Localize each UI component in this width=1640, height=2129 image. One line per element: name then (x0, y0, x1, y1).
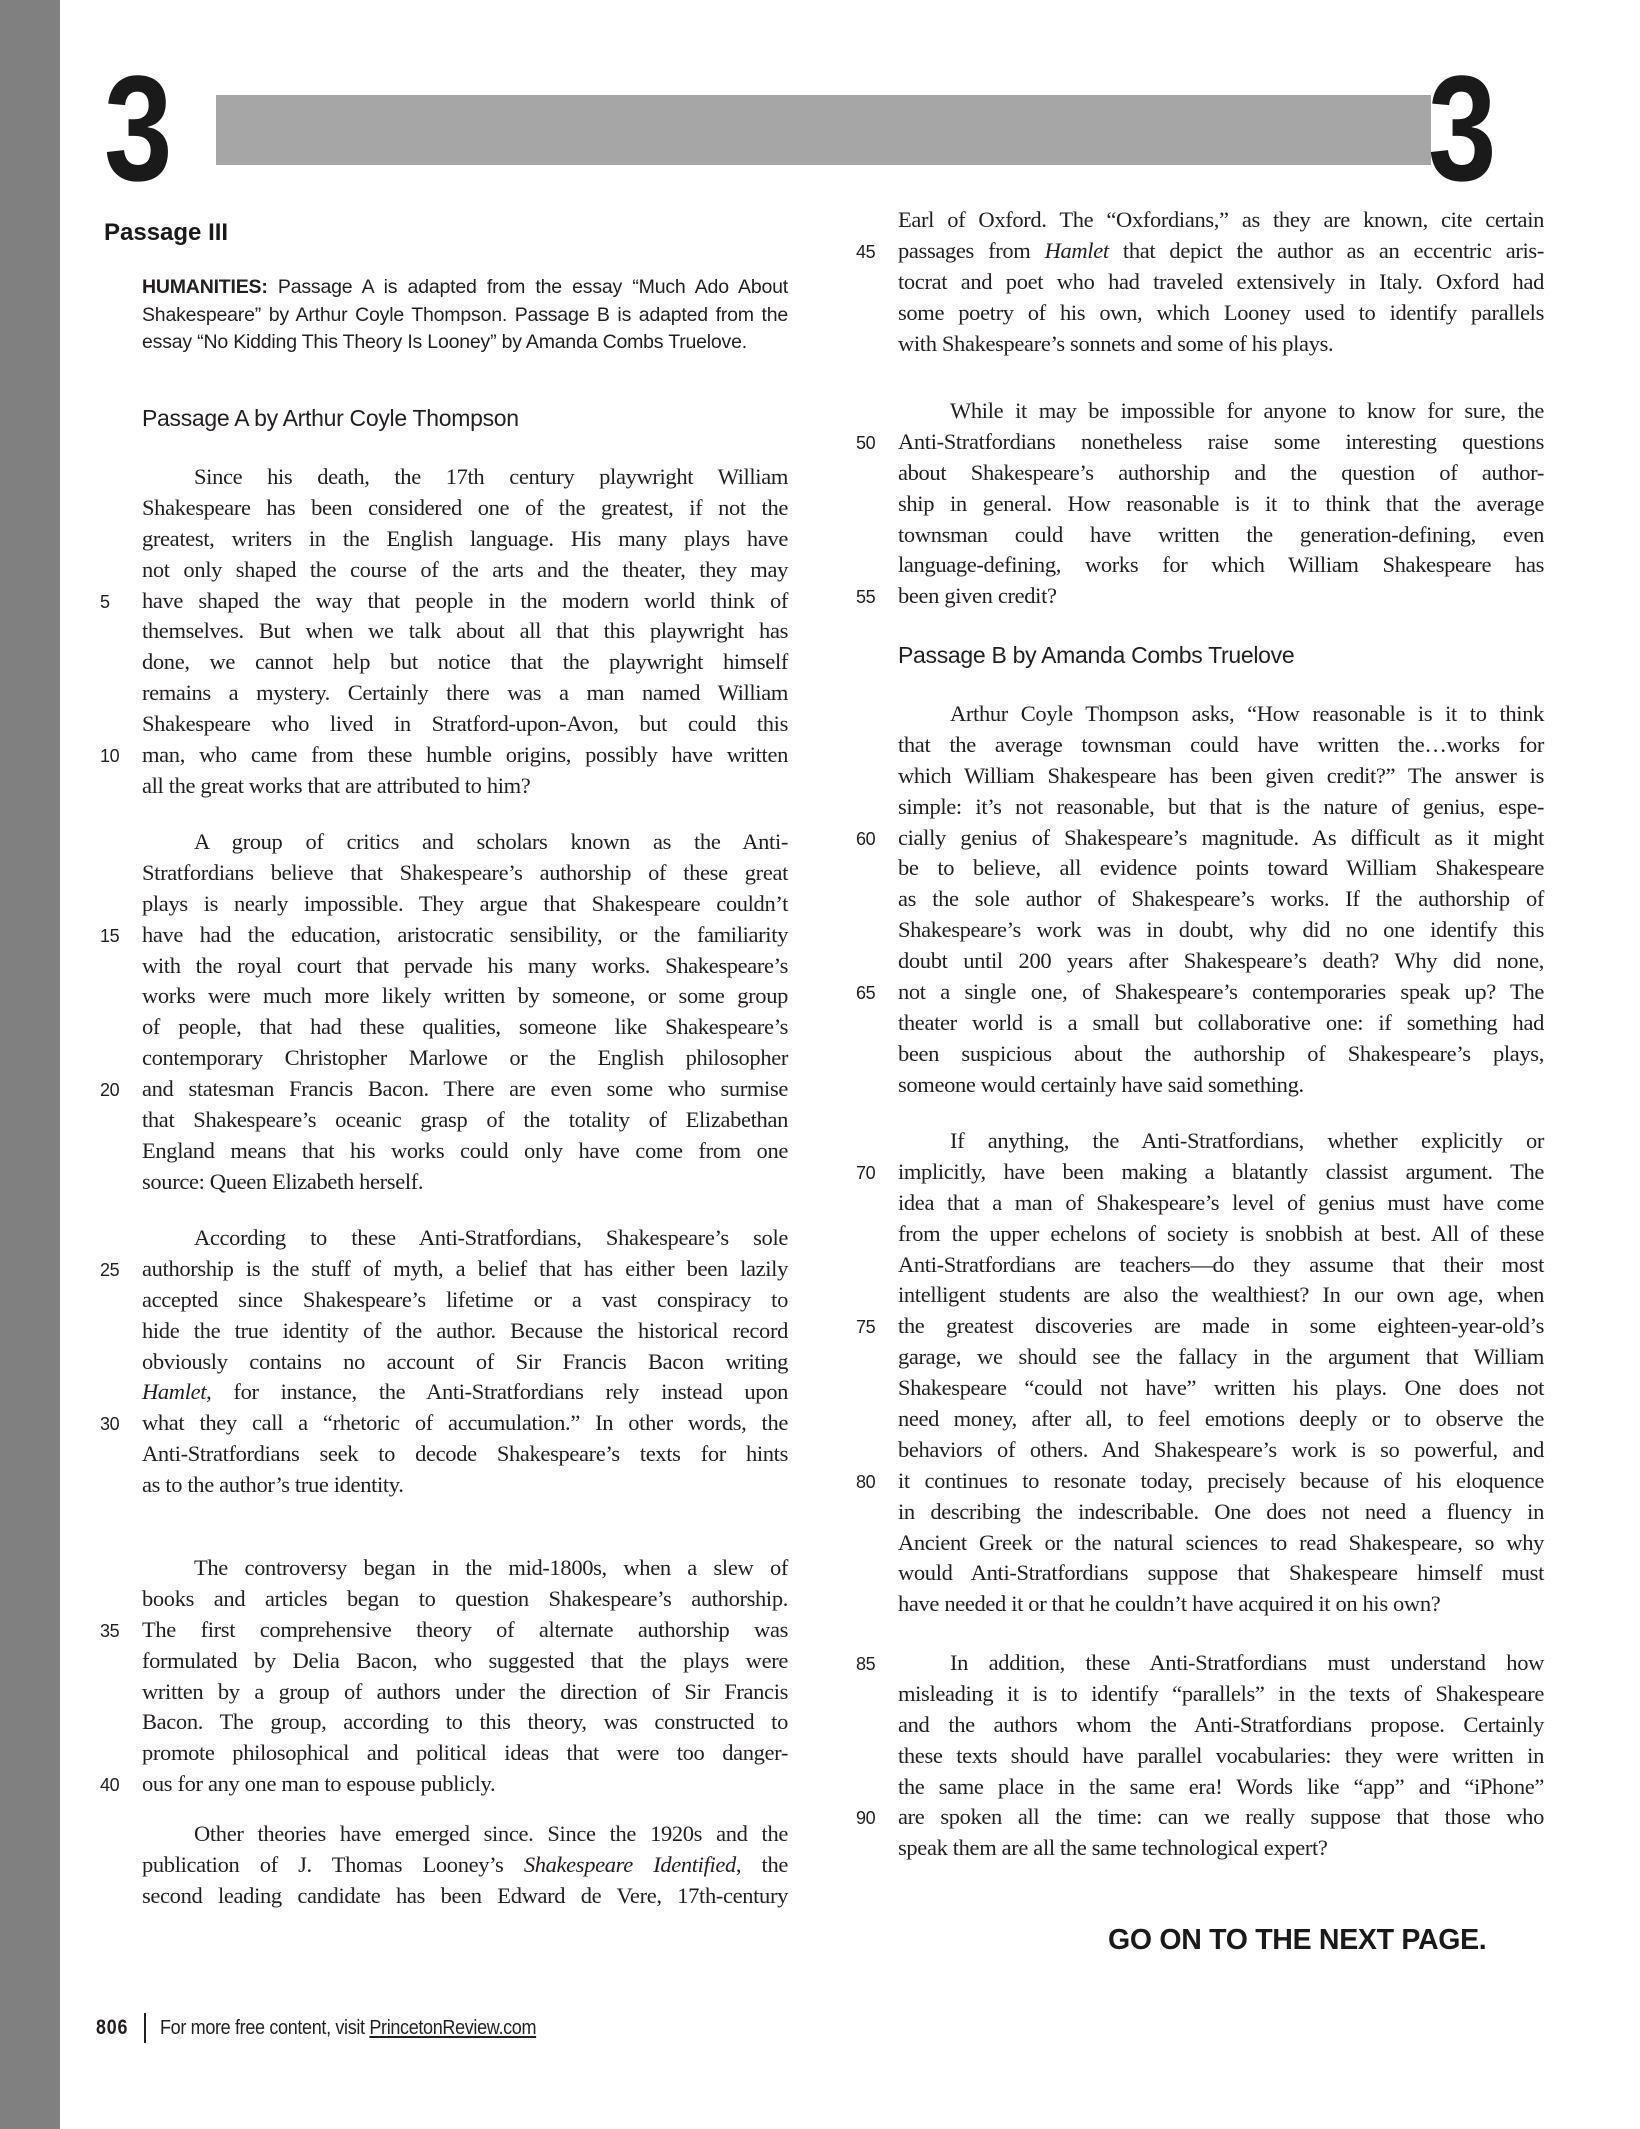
passage-b-paragraph: Arthur Coyle Thompson asks, “How reasona… (898, 699, 1544, 1101)
passage-line: 80it continues to resonate today, precis… (898, 1466, 1544, 1497)
passage-a-paragraph: A group of critics and scholars known as… (142, 827, 788, 1198)
line-text-tail: , the (736, 1852, 788, 1877)
line-number: 55 (856, 582, 888, 613)
line-text: and the authors whom the Anti-Stratfordi… (898, 1712, 1544, 1737)
passage-line: Shakespeare has been considered one of t… (142, 493, 788, 524)
line-text: done, we cannot help but notice that the… (142, 649, 788, 674)
line-text: , for instance, the Anti-Stratfordians r… (206, 1379, 788, 1404)
passage-line: obviously contains no account of Sir Fra… (142, 1347, 788, 1378)
line-text: with the royal court that pervade his ma… (142, 953, 788, 978)
passage-line: would Anti-Stratfordians suppose that Sh… (898, 1558, 1544, 1589)
line-text: Stratfordians believe that Shakespeare’s… (142, 860, 788, 885)
passage-a-byline: Passage A by Arthur Coyle Thompson (142, 405, 519, 432)
passage-line: remains a mystery. Certainly there was a… (142, 678, 788, 709)
line-text: themselves. But when we talk about all t… (142, 618, 788, 643)
line-text: A group of critics and scholars known as… (194, 829, 788, 854)
line-text: The controversy began in the mid-1800s, … (194, 1555, 788, 1580)
passage-line: doubt until 200 years after Shakespeare’… (898, 946, 1544, 977)
passage-line: speak them are all the same technologica… (898, 1833, 1544, 1864)
line-text: source: Queen Elizabeth herself. (142, 1169, 423, 1194)
line-text: written by a group of authors under the … (142, 1679, 788, 1704)
passage-line: 35The first comprehensive theory of alte… (142, 1615, 788, 1646)
passage-line: Shakespeare’s work was in doubt, why did… (898, 915, 1544, 946)
passage-line: Bacon. The group, according to this theo… (142, 1707, 788, 1738)
line-text: the same place in the same era! Words li… (898, 1774, 1544, 1799)
line-text: and statesman Francis Bacon. There are e… (142, 1076, 788, 1101)
passage-line: and the authors whom the Anti-Stratfordi… (898, 1710, 1544, 1741)
passage-intro: HUMANITIES: Passage A is adapted from th… (142, 274, 788, 357)
passage-line: townsman could have written the generati… (898, 520, 1544, 551)
passage-line: 85In addition, these Anti-Stratfordians … (898, 1648, 1544, 1679)
line-text: promote philosophical and political idea… (142, 1740, 788, 1765)
passage-line: accepted since Shakespeare’s lifetime or… (142, 1285, 788, 1316)
passage-line: Since his death, the 17th century playwr… (142, 462, 788, 493)
passage-line: about Shakespeare’s authorship and the q… (898, 458, 1544, 489)
passage-line: greatest, writers in the English languag… (142, 524, 788, 555)
line-text: The first comprehensive theory of altern… (142, 1617, 788, 1642)
line-text: all the great works that are attributed … (142, 773, 530, 798)
passage-line: written by a group of authors under the … (142, 1677, 788, 1708)
line-text: In addition, these Anti-Stratfordians mu… (950, 1650, 1544, 1675)
passage-line: 90are spoken all the time: can we really… (898, 1802, 1544, 1833)
line-text: tocrat and poet who had traveled extensi… (898, 269, 1544, 294)
passage-line: with Shakespeare’s sonnets and some of h… (898, 329, 1544, 360)
line-text: Shakespeare “could not have” written his… (898, 1375, 1544, 1400)
line-text: from the upper echelons of society is sn… (898, 1221, 1544, 1246)
line-text: hide the true identity of the author. Be… (142, 1318, 788, 1343)
passage-line: been suspicious about the authorship of … (898, 1039, 1544, 1070)
line-text: remains a mystery. Certainly there was a… (142, 680, 788, 705)
passage-line: While it may be impossible for anyone to… (898, 396, 1544, 427)
passage-line: Shakespeare who lived in Stratford-upon-… (142, 709, 788, 740)
passage-line: Arthur Coyle Thompson asks, “How reasona… (898, 699, 1544, 730)
passage-b-byline: Passage B by Amanda Combs Truelove (898, 642, 1294, 669)
line-text: someone would certainly have said someth… (898, 1072, 1304, 1097)
passage-line: 70implicitly, have been making a blatant… (898, 1157, 1544, 1188)
passage-line: books and articles began to question Sha… (142, 1584, 788, 1615)
line-text: implicitly, have been making a blatantly… (898, 1159, 1544, 1184)
line-text: garage, we should see the fallacy in the… (898, 1344, 1544, 1369)
line-text: Other theories have emerged since. Since… (194, 1821, 788, 1846)
passage-a-paragraph: Since his death, the 17th century playwr… (142, 462, 788, 802)
line-text: If anything, the Anti-Stratfordians, whe… (950, 1128, 1544, 1153)
passage-line: someone would certainly have said someth… (898, 1070, 1544, 1101)
line-number: 65 (856, 978, 888, 1009)
passage-line: ship in general. How reasonable is it to… (898, 489, 1544, 520)
line-text: publication of J. Thomas Looney’s (142, 1852, 524, 1877)
line-text: theater world is a small but collaborati… (898, 1010, 1544, 1035)
line-text: While it may be impossible for anyone to… (950, 398, 1544, 423)
line-number: 15 (100, 921, 132, 952)
line-text: Ancient Greek or the natural sciences to… (898, 1530, 1544, 1555)
line-number: 20 (100, 1075, 132, 1106)
line-text: behaviors of others. And Shakespeare’s w… (898, 1437, 1544, 1462)
line-number: 85 (856, 1649, 888, 1680)
line-number: 25 (100, 1255, 132, 1286)
passage-a-paragraph: The controversy began in the mid-1800s, … (142, 1553, 788, 1800)
passage-line: 40ous for any one man to espouse publicl… (142, 1769, 788, 1800)
passage-line: of people, that had these qualities, som… (142, 1012, 788, 1043)
line-text: According to these Anti-Stratfordians, S… (194, 1225, 788, 1250)
passage-line: that Shakespeare’s oceanic grasp of the … (142, 1105, 788, 1136)
passage-line: intelligent students are also the wealth… (898, 1280, 1544, 1311)
header-bar (216, 95, 1431, 165)
promo-label: For more free content, visit (160, 2016, 369, 2039)
line-text: Shakespeare who lived in Stratford-upon-… (142, 711, 788, 736)
passage-line: that the average townsman could have wri… (898, 730, 1544, 761)
passage-line: 65not a single one, of Shakespeare’s con… (898, 977, 1544, 1008)
line-text: as the sole author of Shakespeare’s work… (898, 886, 1544, 911)
passage-line: misleading it is to identify “parallels”… (898, 1679, 1544, 1710)
line-text: intelligent students are also the wealth… (898, 1282, 1544, 1307)
passage-line: 55been given credit? (898, 581, 1544, 612)
passage-line: garage, we should see the fallacy in the… (898, 1342, 1544, 1373)
passage-line: formulated by Delia Bacon, who suggested… (142, 1646, 788, 1677)
line-text: Earl of Oxford. The “Oxfordians,” as the… (898, 207, 1544, 232)
line-text: misleading it is to identify “parallels”… (898, 1681, 1544, 1706)
line-text: idea that a man of Shakespeare’s level o… (898, 1190, 1544, 1215)
passage-line: with the royal court that pervade his ma… (142, 951, 788, 982)
passage-line: The controversy began in the mid-1800s, … (142, 1553, 788, 1584)
passage-line: Stratfordians believe that Shakespeare’s… (142, 858, 788, 889)
passage-line: plays is nearly impossible. They argue t… (142, 889, 788, 920)
line-text: doubt until 200 years after Shakespeare’… (898, 948, 1544, 973)
page-footer: 806 For more free content, visit Princet… (96, 2012, 587, 2044)
italic-title: Hamlet (142, 1379, 206, 1404)
line-text: contemporary Christopher Marlowe or the … (142, 1045, 788, 1070)
passage-line: source: Queen Elizabeth herself. (142, 1167, 788, 1198)
passage-line: works were much more likely written by s… (142, 981, 788, 1012)
line-text: greatest, writers in the English languag… (142, 526, 788, 551)
line-text: have had the education, aristocratic sen… (142, 922, 788, 947)
passage-line: simple: it’s not reasonable, but that is… (898, 792, 1544, 823)
line-text: England means that his works could only … (142, 1138, 788, 1163)
line-text: Anti-Stratfordians are teachers—do they … (898, 1252, 1544, 1277)
line-text: not only shaped the course of the arts a… (142, 557, 788, 582)
line-number: 5 (100, 587, 132, 618)
passage-line: idea that a man of Shakespeare’s level o… (898, 1188, 1544, 1219)
line-text: are spoken all the time: can we really s… (898, 1804, 1544, 1829)
line-number: 75 (856, 1312, 888, 1343)
line-text: passages from (898, 238, 1045, 263)
passage-line: be to believe, all evidence points towar… (898, 853, 1544, 884)
passage-line: in describing the indescribable. One doe… (898, 1497, 1544, 1528)
line-text: been given credit? (898, 583, 1057, 608)
left-margin-bar (0, 0, 60, 2129)
passage-line: second leading candidate has been Edward… (142, 1881, 788, 1912)
line-number: 70 (856, 1158, 888, 1189)
line-text: Since his death, the 17th century playwr… (194, 464, 788, 489)
line-number: 10 (100, 741, 132, 772)
passage-line: these texts should have parallel vocabul… (898, 1741, 1544, 1772)
passage-line: Other theories have emerged since. Since… (142, 1819, 788, 1850)
line-number: 30 (100, 1409, 132, 1440)
line-number: 35 (100, 1616, 132, 1647)
passage-line: Ancient Greek or the natural sciences to… (898, 1528, 1544, 1559)
line-text: it continues to resonate today, precisel… (898, 1468, 1544, 1493)
line-text: Anti-Stratfordians nonetheless raise som… (898, 429, 1544, 454)
passage-line: If anything, the Anti-Stratfordians, whe… (898, 1126, 1544, 1157)
line-text-tail: that depict the author as an eccentric a… (1109, 238, 1544, 263)
line-text: ship in general. How reasonable is it to… (898, 491, 1544, 516)
line-text: not a single one, of Shakespeare’s conte… (898, 979, 1544, 1004)
passage-line: Anti-Stratfordians seek to decode Shakes… (142, 1439, 788, 1470)
passage-line: tocrat and poet who had traveled extensi… (898, 267, 1544, 298)
line-text: be to believe, all evidence points towar… (898, 855, 1544, 880)
intro-lead: HUMANITIES: (142, 276, 268, 298)
line-text: second leading candidate has been Edward… (142, 1883, 788, 1908)
passage-line: 50Anti-Stratfordians nonetheless raise s… (898, 427, 1544, 458)
line-text: obviously contains no account of Sir Fra… (142, 1349, 788, 1374)
line-text: accepted since Shakespeare’s lifetime or… (142, 1287, 788, 1312)
passage-line: Anti-Stratfordians are teachers—do they … (898, 1250, 1544, 1281)
line-text: as to the author’s true identity. (142, 1472, 404, 1497)
line-text: authorship is the stuff of myth, a belie… (142, 1256, 788, 1281)
line-text: these texts should have parallel vocabul… (898, 1743, 1544, 1768)
passage-line: 60cially genius of Shakespeare’s magnitu… (898, 823, 1544, 854)
passage-line: which William Shakespeare has been given… (898, 761, 1544, 792)
line-text: of people, that had these qualities, som… (142, 1014, 788, 1039)
passage-a-paragraph-continued: Earl of Oxford. The “Oxfordians,” as the… (898, 205, 1544, 359)
passage-line: publication of J. Thomas Looney’s Shakes… (142, 1850, 788, 1881)
line-text: ous for any one man to espouse publicly. (142, 1771, 495, 1796)
line-text: Shakespeare has been considered one of t… (142, 495, 788, 520)
passage-line: Hamlet, for instance, the Anti-Stratford… (142, 1377, 788, 1408)
passage-line: A group of critics and scholars known as… (142, 827, 788, 858)
passage-a-paragraph: Other theories have emerged since. Since… (142, 1819, 788, 1912)
passage-line: hide the true identity of the author. Be… (142, 1316, 788, 1347)
line-text: some poetry of his own, which Looney use… (898, 300, 1544, 325)
line-text: what they call a “rhetoric of accumulati… (142, 1410, 788, 1435)
line-text: books and articles began to question Sha… (142, 1586, 788, 1611)
passage-line: 75the greatest discoveries are made in s… (898, 1311, 1544, 1342)
line-text: townsman could have written the generati… (898, 522, 1544, 547)
passage-title: Passage III (104, 219, 228, 247)
line-text: in describing the indescribable. One doe… (898, 1499, 1544, 1524)
line-number: 40 (100, 1770, 132, 1801)
section-number-right: 3 (1428, 58, 1496, 198)
footer-divider (144, 2013, 146, 2043)
passage-line: 15have had the education, aristocratic s… (142, 920, 788, 951)
line-text: with Shakespeare’s sonnets and some of h… (898, 331, 1333, 356)
passage-line: done, we cannot help but notice that the… (142, 647, 788, 678)
passage-line: all the great works that are attributed … (142, 771, 788, 802)
italic-title: Hamlet (1045, 238, 1109, 263)
passage-line: promote philosophical and political idea… (142, 1738, 788, 1769)
line-text: plays is nearly impossible. They argue t… (142, 891, 788, 916)
line-number: 45 (856, 237, 888, 268)
passage-b-paragraph: 85In addition, these Anti-Stratfordians … (898, 1648, 1544, 1864)
line-text: have needed it or that he couldn’t have … (898, 1591, 1440, 1616)
line-text: need money, after all, to feel emotions … (898, 1406, 1544, 1431)
passage-line: England means that his works could only … (142, 1136, 788, 1167)
line-text: would Anti-Stratfordians suppose that Sh… (898, 1560, 1544, 1585)
line-text: which William Shakespeare has been given… (898, 763, 1544, 788)
passage-line: as to the author’s true identity. (142, 1470, 788, 1501)
passage-a-paragraph: According to these Anti-Stratfordians, S… (142, 1223, 788, 1501)
passage-line: Earl of Oxford. The “Oxfordians,” as the… (898, 205, 1544, 236)
promo-text: For more free content, visit PrincetonRe… (160, 2016, 536, 2040)
passage-b-paragraph: If anything, the Anti-Stratfordians, whe… (898, 1126, 1544, 1620)
line-number: 90 (856, 1803, 888, 1834)
line-text: language-defining, works for which Willi… (898, 552, 1544, 577)
passage-line: as the sole author of Shakespeare’s work… (898, 884, 1544, 915)
line-text: speak them are all the same technologica… (898, 1835, 1328, 1860)
page-number: 806 (96, 2016, 128, 2040)
passage-line: 25authorship is the stuff of myth, a bel… (142, 1254, 788, 1285)
line-text: formulated by Delia Bacon, who suggested… (142, 1648, 788, 1673)
line-text: cially genius of Shakespeare’s magnitude… (898, 825, 1544, 850)
passage-line: some poetry of his own, which Looney use… (898, 298, 1544, 329)
line-text: been suspicious about the authorship of … (898, 1041, 1544, 1066)
go-on-next-page: GO ON TO THE NEXT PAGE. (1108, 1924, 1486, 1957)
line-text: about Shakespeare’s authorship and the q… (898, 460, 1544, 485)
passage-line: have needed it or that he couldn’t have … (898, 1589, 1544, 1620)
line-text: Bacon. The group, according to this theo… (142, 1709, 788, 1734)
section-number-left: 3 (104, 58, 172, 198)
passage-line: 10man, who came from these humble origin… (142, 740, 788, 771)
passage-line: language-defining, works for which Willi… (898, 550, 1544, 581)
princeton-review-link[interactable]: PrincetonReview.com (369, 2016, 536, 2039)
passage-line: themselves. But when we talk about all t… (142, 616, 788, 647)
passage-line: not only shaped the course of the arts a… (142, 555, 788, 586)
passage-line: need money, after all, to feel emotions … (898, 1404, 1544, 1435)
line-number: 80 (856, 1467, 888, 1498)
line-text: Anti-Stratfordians seek to decode Shakes… (142, 1441, 788, 1466)
passage-a-paragraph: While it may be impossible for anyone to… (898, 396, 1544, 612)
line-text: Shakespeare’s work was in doubt, why did… (898, 917, 1544, 942)
line-text: the greatest discoveries are made in som… (898, 1313, 1544, 1338)
passage-line: contemporary Christopher Marlowe or the … (142, 1043, 788, 1074)
line-number: 50 (856, 428, 888, 459)
passage-line: from the upper echelons of society is sn… (898, 1219, 1544, 1250)
passage-line: According to these Anti-Stratfordians, S… (142, 1223, 788, 1254)
passage-line: the same place in the same era! Words li… (898, 1772, 1544, 1803)
passage-line: 30what they call a “rhetoric of accumula… (142, 1408, 788, 1439)
line-text: works were much more likely written by s… (142, 983, 788, 1008)
passage-line: Shakespeare “could not have” written his… (898, 1373, 1544, 1404)
line-text: that Shakespeare’s oceanic grasp of the … (142, 1107, 788, 1132)
line-text: man, who came from these humble origins,… (142, 742, 788, 767)
passage-line: 45passages from Hamlet that depict the a… (898, 236, 1544, 267)
line-text: Arthur Coyle Thompson asks, “How reasona… (950, 701, 1544, 726)
line-text: simple: it’s not reasonable, but that is… (898, 794, 1544, 819)
passage-line: 20and statesman Francis Bacon. There are… (142, 1074, 788, 1105)
passage-line: 5have shaped the way that people in the … (142, 586, 788, 617)
line-text: that the average townsman could have wri… (898, 732, 1544, 757)
passage-line: behaviors of others. And Shakespeare’s w… (898, 1435, 1544, 1466)
line-text: have shaped the way that people in the m… (142, 588, 788, 613)
italic-title: Shakespeare Identified (524, 1852, 736, 1877)
passage-line: theater world is a small but collaborati… (898, 1008, 1544, 1039)
line-number: 60 (856, 824, 888, 855)
